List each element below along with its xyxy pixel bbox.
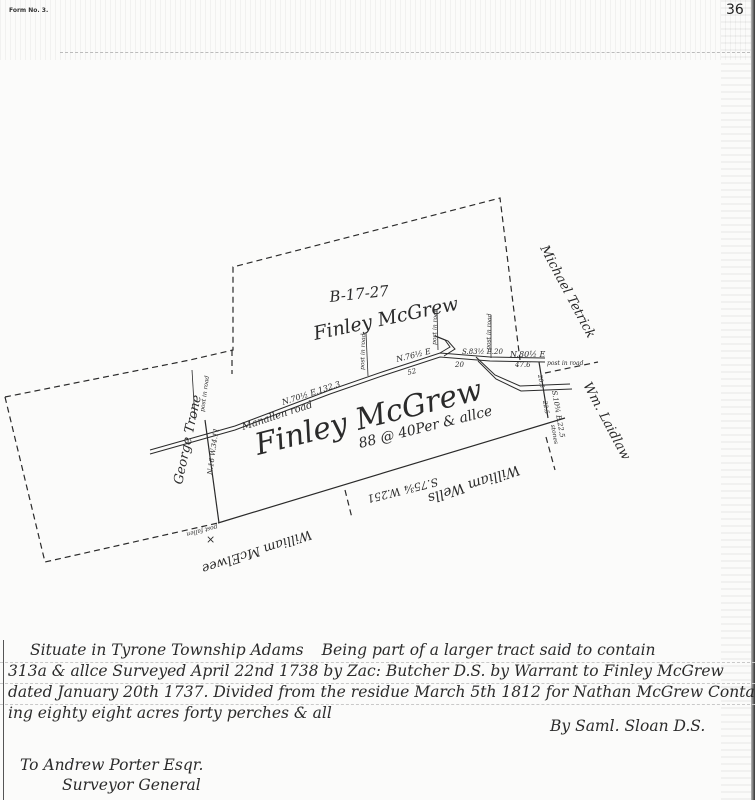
adjoiner-south: William Wells — [426, 461, 522, 506]
x-mark: × — [206, 533, 215, 546]
distance-label: 52 — [407, 367, 418, 377]
adjoiner-east: Wm. Laidlaw — [579, 380, 633, 463]
adjoiner-north-east: Michael Tetrick — [536, 242, 598, 341]
corner-label: post in road — [485, 313, 493, 350]
course-label: N.80½ E — [509, 350, 546, 359]
distance-label: 22.5 — [541, 399, 550, 415]
description-line-1: Situate in Tyrone Township AdamsBeing pa… — [8, 640, 748, 661]
margin-rule — [3, 640, 4, 800]
surveyor-signature: By Saml. Sloan D.S. — [550, 717, 705, 735]
addressee-title: Surveyor General — [20, 775, 203, 795]
survey-description: Situate in Tyrone Township AdamsBeing pa… — [8, 640, 748, 724]
tract-text: Being part of a larger tract said to con… — [322, 641, 656, 659]
survey-document-page: Form No. 3. 36 — [0, 0, 755, 800]
tract-id: B-17-27 — [328, 282, 391, 306]
location-text: Situate in Tyrone Township Adams — [30, 641, 304, 659]
distance-label: 20 — [454, 361, 464, 369]
corner-label: post in road — [547, 360, 584, 367]
corner-label: post in road — [359, 333, 367, 370]
survey-plat: B-17-27 Finley McGrew Finley McGrew 88 @… — [0, 0, 755, 640]
addressee-block: To Andrew Porter Esqr. Surveyor General — [20, 755, 203, 795]
adjoiner-south-west: William McElwee — [199, 526, 313, 576]
parent-tract-boundary — [5, 198, 598, 562]
course-label: S.83½ E.20 — [462, 348, 503, 356]
description-line-3: dated January 20th 1737. Divided from th… — [8, 682, 748, 703]
description-line-2: 313a & allce Surveyed April 22nd 1738 by… — [8, 661, 748, 682]
distance-label: 47.6 — [514, 361, 531, 369]
course-label: N.16 W.34.11 — [206, 427, 221, 476]
addressee-name: To Andrew Porter Esqr. — [20, 756, 203, 774]
distance-label: 20.5 — [536, 373, 545, 389]
corner-label: post in road — [431, 308, 439, 345]
